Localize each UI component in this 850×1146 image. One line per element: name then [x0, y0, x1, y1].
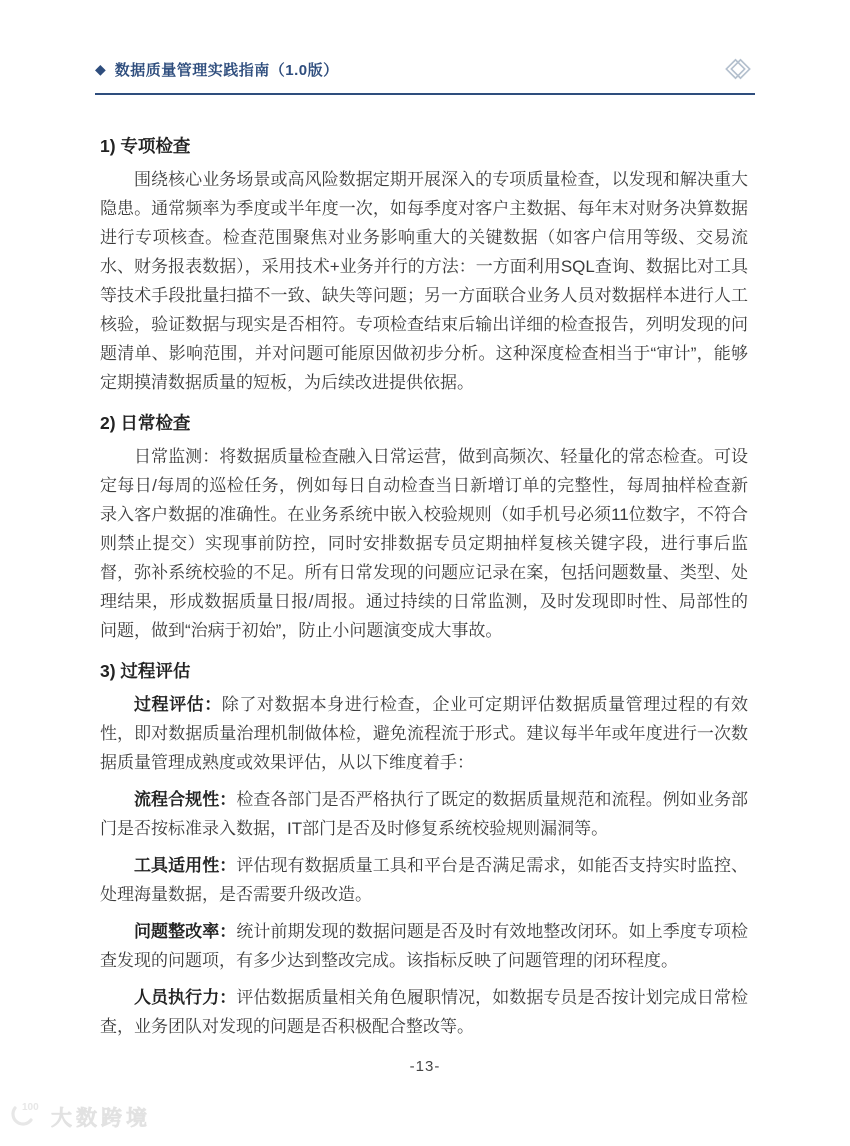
watermark-text: 大数跨境 — [51, 1102, 151, 1132]
paragraph-lead: 人员执行力： — [134, 988, 236, 1007]
document-title: 数据质量管理实践指南（1.0版） — [115, 59, 339, 80]
header-title-group: ◆ 数据质量管理实践指南（1.0版） — [95, 59, 339, 80]
watermark: 100 大数跨境 — [10, 1100, 151, 1133]
watermark-logo-icon: 100 — [10, 1100, 46, 1133]
section-heading-1: 1) 专项检查 — [100, 134, 748, 158]
section-heading-2: 2) 日常检查 — [100, 411, 748, 435]
document-page: ◆ 数据质量管理实践指南（1.0版） 1) 专项检查 围绕核心业务场景或高风险数… — [0, 0, 850, 1146]
paragraph-lead: 工具适用性： — [134, 856, 236, 875]
paragraph-text: 围绕核心业务场景或高风险数据定期开展深入的专项质量检查，以发现和解决重大隐患。通… — [100, 170, 748, 392]
page-number: -13- — [0, 1058, 850, 1075]
paragraph: 围绕核心业务场景或高风险数据定期开展深入的专项质量检查，以发现和解决重大隐患。通… — [100, 165, 748, 397]
section-heading-3: 3) 过程评估 — [100, 659, 748, 683]
paragraph: 工具适用性：评估现有数据质量工具和平台是否满足需求，如能否支持实时监控、处理海量… — [100, 851, 748, 909]
paragraph-lead: 问题整改率： — [134, 922, 236, 941]
paragraph-lead: 流程合规性： — [134, 790, 236, 809]
paragraph-lead: 过程评估： — [134, 695, 222, 714]
diamond-icon: ◆ — [95, 62, 106, 76]
paragraph: 人员执行力：评估数据质量相关角色履职情况，如数据专员是否按计划完成日常检查，业务… — [100, 983, 748, 1041]
page-header: ◆ 数据质量管理实践指南（1.0版） — [95, 56, 755, 95]
document-body: 1) 专项检查 围绕核心业务场景或高风险数据定期开展深入的专项质量检查，以发现和… — [100, 134, 748, 1049]
paragraph: 过程评估：除了对数据本身进行检查，企业可定期评估数据质量管理过程的有效性，即对数… — [100, 690, 748, 777]
paragraph: 流程合规性：检查各部门是否严格执行了既定的数据质量规范和流程。例如业务部门是否按… — [100, 785, 748, 843]
double-diamond-icon — [721, 56, 755, 82]
svg-text:100: 100 — [22, 1102, 39, 1113]
paragraph: 日常监测：将数据质量检查融入日常运营，做到高频次、轻量化的常态检查。可设定每日/… — [100, 442, 748, 645]
paragraph-text: 日常监测：将数据质量检查融入日常运营，做到高频次、轻量化的常态检查。可设定每日/… — [100, 447, 748, 640]
paragraph: 问题整改率：统计前期发现的数据问题是否及时有效地整改闭环。如上季度专项检查发现的… — [100, 917, 748, 975]
